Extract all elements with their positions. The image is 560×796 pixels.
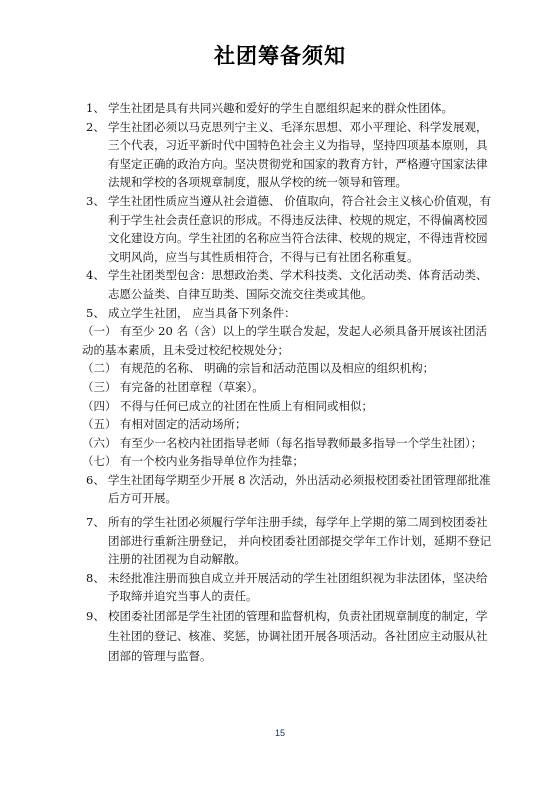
condition-item: （三） 有完备的社团章程（草案）。 bbox=[82, 378, 496, 397]
item-number: 4、 bbox=[86, 266, 105, 285]
item-number: 7、 bbox=[86, 513, 105, 532]
condition-text: 不得与任何已成立的社团在性质上有相同或相似； bbox=[120, 399, 373, 413]
condition-number: （三） bbox=[82, 378, 117, 397]
condition-item: （七） 有一个校内业务指导单位作为挂靠； bbox=[82, 452, 496, 471]
item-number: 6、 bbox=[86, 471, 105, 490]
item-text: 校团委社团部是学生社团的管理和监督机构，负责社团规章制度的制定，学生社团的登记、… bbox=[108, 609, 488, 663]
page-number: 15 bbox=[0, 728, 560, 738]
condition-item: （四） 不得与任何已成立的社团在性质上有相同或相似； bbox=[82, 397, 496, 416]
condition-text: 有规范的名称、 明确的宗旨和活动范围以及相应的组织机构； bbox=[120, 361, 434, 375]
item-text: 学生社团必须以马克思列宁主义、毛泽东思想、邓小平理论、科学发展观，三个代表，习近… bbox=[108, 120, 488, 190]
item-text: 成立学生社团， 应当具备下列条件： bbox=[108, 306, 296, 320]
condition-text: 有完备的社团章程（草案）。 bbox=[120, 380, 264, 394]
condition-number: （六） bbox=[82, 434, 117, 453]
condition-text: 有一个校内业务指导单位作为挂靠； bbox=[120, 454, 304, 468]
document-body: 1、 学生社团是具有共同兴趣和爱好的学生自愿组织起来的群众性团体。 2、 学生社… bbox=[86, 99, 496, 666]
item-text: 所有的学生社团必须履行学年注册手续，每学年上学期的第二周到校团委社团部进行重新注… bbox=[108, 515, 491, 566]
list-item: 4、 学生社团类型包含：思想政治类、学术科技类、文化活动类、体育活动类、志愿公益… bbox=[86, 266, 496, 303]
list-item: 8、 未经批准注册而独自成立并开展活动的学生社团组织视为非法团体，坚决给予取缔并… bbox=[86, 569, 496, 606]
list-item: 1、 学生社团是具有共同兴趣和爱好的学生自愿组织起来的群众性团体。 bbox=[86, 99, 496, 118]
condition-number: （七） bbox=[82, 452, 117, 471]
item-number: 8、 bbox=[86, 569, 105, 588]
list-item: 3、 学生社团性质应当遵从社会道德、 价值取向，符合社会主义核心价值观，有利于学… bbox=[86, 192, 496, 266]
condition-number: （五） bbox=[82, 415, 117, 434]
condition-text: 有至少 20 名（含）以上的学生联合发起，发起人必须具备开展该社团活动的基本素质… bbox=[82, 324, 487, 357]
list-item: 6、 学生社团每学期至少开展 8 次活动，外出活动必须报校团委社团管理部批准后方… bbox=[86, 471, 496, 508]
page-title: 社团筹备须知 bbox=[0, 40, 560, 70]
list-item: 9、 校团委社团部是学生社团的管理和监督机构，负责社团规章制度的制定，学生社团的… bbox=[86, 606, 496, 666]
condition-item: （五） 有相对固定的活动场所； bbox=[82, 415, 496, 434]
list-item: 2、 学生社团必须以马克思列宁主义、毛泽东思想、邓小平理论、科学发展观，三个代表… bbox=[86, 118, 496, 192]
item-text: 学生社团类型包含：思想政治类、学术科技类、文化活动类、体育活动类、志愿公益类、自… bbox=[108, 268, 488, 301]
item-number: 5、 bbox=[86, 304, 105, 323]
item-number: 9、 bbox=[86, 606, 105, 626]
list-item: 5、 成立学生社团， 应当具备下列条件： bbox=[86, 304, 496, 323]
item-number: 2、 bbox=[86, 118, 105, 137]
item-text: 学生社团是具有共同兴趣和爱好的学生自愿组织起来的群众性团体。 bbox=[108, 101, 453, 115]
condition-number: （一） bbox=[82, 322, 120, 341]
condition-item: （一）有至少 20 名（含）以上的学生联合发起，发起人必须具备开展该社团活动的基… bbox=[82, 322, 496, 359]
item-text: 学生社团每学期至少开展 8 次活动，外出活动必须报校团委社团管理部批准后方可开展… bbox=[108, 473, 491, 506]
condition-text: 有相对固定的活动场所； bbox=[120, 417, 247, 431]
condition-item: （六） 有至少一名校内社团指导老师（每名指导教师最多指导一个学生社团）； bbox=[82, 434, 496, 453]
item-text: 学生社团性质应当遵从社会道德、 价值取向，符合社会主义核心价值观，有利于学生社会… bbox=[108, 194, 491, 264]
list-item: 7、 所有的学生社团必须履行学年注册手续，每学年上学期的第二周到校团委社团部进行… bbox=[86, 513, 496, 569]
condition-number: （四） bbox=[82, 397, 117, 416]
document-page: 社团筹备须知 1、 学生社团是具有共同兴趣和爱好的学生自愿组织起来的群众性团体。… bbox=[0, 0, 560, 796]
condition-number: （二） bbox=[82, 359, 117, 378]
item-number: 1、 bbox=[86, 99, 105, 118]
condition-text: 有至少一名校内社团指导老师（每名指导教师最多指导一个学生社团）； bbox=[120, 436, 482, 450]
item-text: 未经批准注册而独自成立并开展活动的学生社团组织视为非法团体，坚决给予取缔并追究当… bbox=[108, 571, 488, 604]
condition-item: （二） 有规范的名称、 明确的宗旨和活动范围以及相应的组织机构； bbox=[82, 359, 496, 378]
item-number: 3、 bbox=[86, 192, 105, 211]
